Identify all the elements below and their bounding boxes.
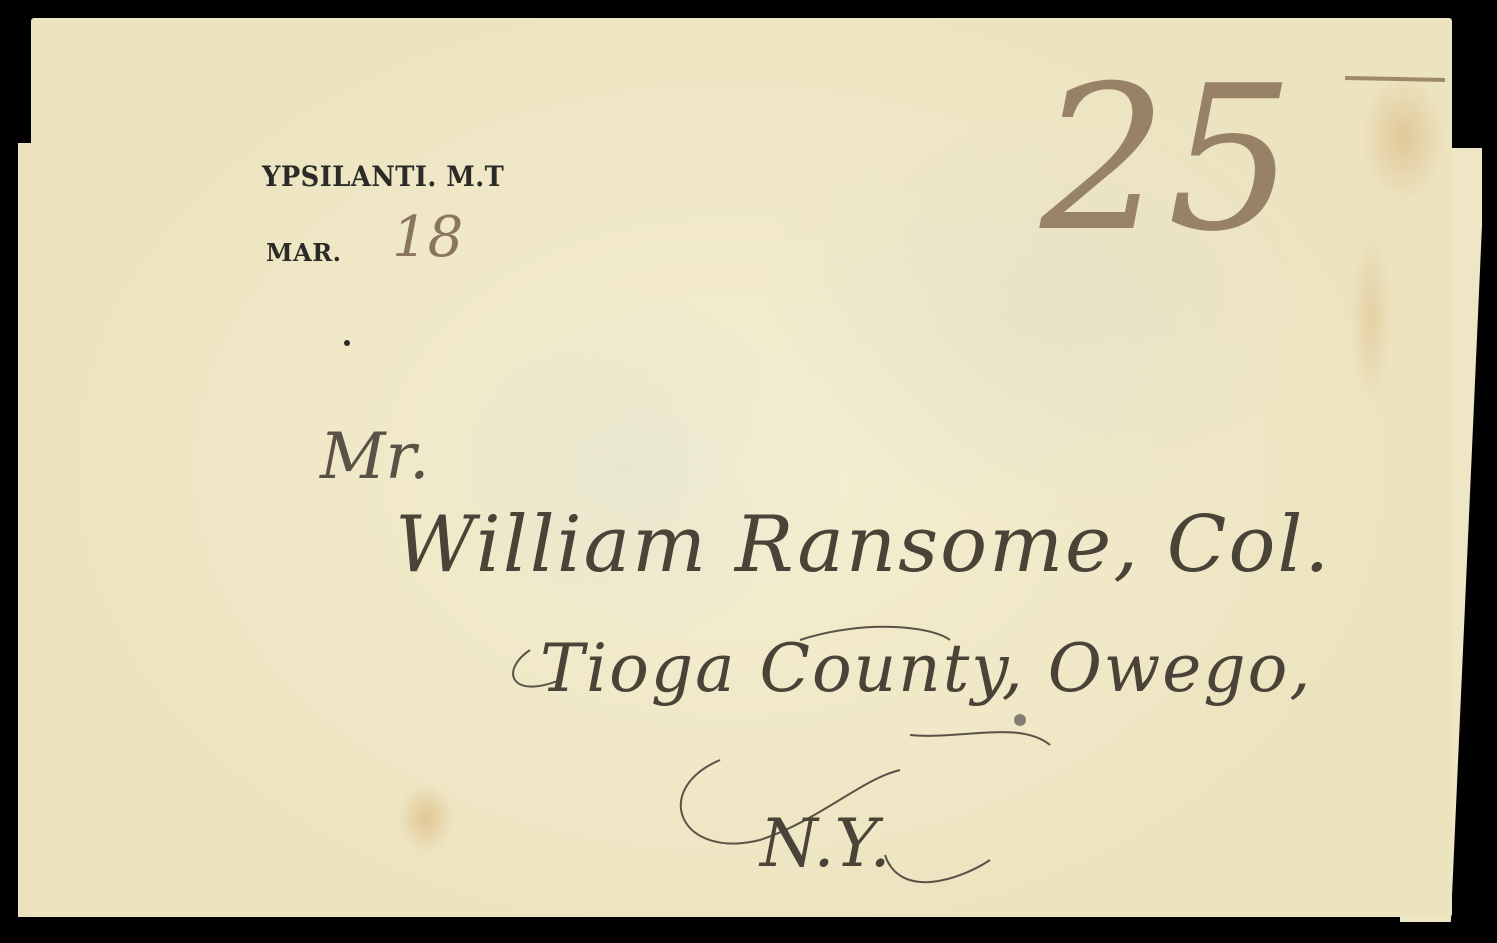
postmark-day: 18 xyxy=(392,205,463,270)
rate-marking: 25 xyxy=(1040,60,1295,260)
address-name: William Ransome, Col. xyxy=(395,500,1331,590)
address-county-town: Tioga County, Owego, xyxy=(540,630,1312,707)
address-state: N.Y. xyxy=(760,805,891,882)
postmark-town: YPSILANTI. M.T xyxy=(262,160,504,193)
address-honorific: Mr. xyxy=(320,420,429,494)
postmark-month: MAR. xyxy=(266,238,342,267)
